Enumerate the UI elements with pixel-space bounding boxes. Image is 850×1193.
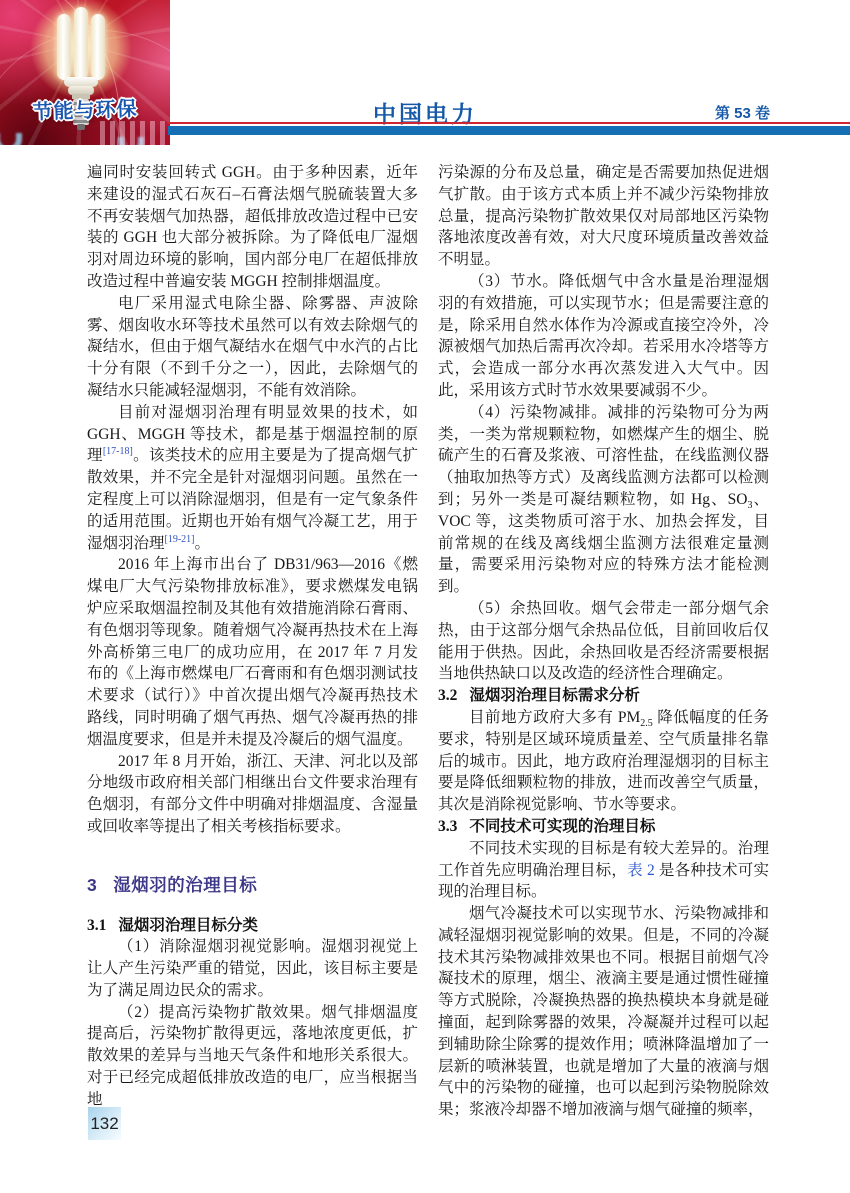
paragraph: 目前地方政府大多有 PM2.5 降低幅度的任务要求，特别是区域环境质量差、空气质… [438, 707, 769, 816]
bulb-tube [91, 14, 105, 80]
paragraph: 2016 年上海市出台了 DB31/963—2016《燃煤电厂大气污染物排放标准… [87, 554, 418, 750]
subscript-text: 2.5 [640, 718, 653, 729]
header-rule-red [168, 122, 850, 124]
paragraph: 目前对湿烟羽治理有明显效果的技术，如 GGH、MGGH 等技术，都是基于烟温控制… [87, 402, 418, 555]
body-text: 遍同时安装回转式 GGH。由于多种因素，近年来建设的湿式石灰石–石膏法烟气脱硫装… [87, 164, 418, 290]
paragraph: （4）污染物减排。减排的污染物可分为两类，一类为常规颗粒物，如燃煤产生的烟尘、脱… [438, 402, 769, 598]
body-text: 。 [195, 535, 211, 552]
header-rule-blue [168, 126, 850, 135]
heading-title: 湿烟羽的治理目标 [113, 875, 257, 895]
subsection-heading: 3.3不同技术可实现的治理目标 [438, 816, 769, 838]
body-text: 2017 年 8 月开始，浙江、天津、河北以及部分地级市政府相关部门相继出台文件… [87, 753, 418, 835]
heading-number: 3.2 [438, 687, 457, 704]
volume-label: 第 53 卷 [715, 102, 770, 123]
section-heading: 3湿烟羽的治理目标 [87, 875, 418, 897]
citation-ref[interactable]: [17-18] [103, 446, 133, 457]
watermark-letter-shape [0, 133, 22, 145]
heading-number: 3 [87, 875, 97, 895]
body-text: 电厂采用湿式电除尘器、除雾器、声波除雾、烟囱收水环等技术虽然可以有效去除烟气的凝… [87, 295, 418, 399]
bulb-tube [74, 7, 88, 80]
paragraph: （3）节水。降低烟气中含水量是治理湿烟羽的有效措施，可以实现节水；但是需要注意的… [438, 271, 769, 402]
article-body: 遍同时安装回转式 GGH。由于多种因素，近年来建设的湿式石灰石–石膏法烟气脱硫装… [87, 162, 769, 1121]
right-column: 污染源的分布及总量，确定是否需要加热促进烟气扩散。由于该方式本质上并不减少污染物… [438, 162, 769, 1121]
heading-title: 湿烟羽治理目标需求分析 [469, 687, 640, 704]
table-ref-link[interactable]: 表 2 [627, 862, 655, 879]
body-text: 目前地方政府大多有 PM [469, 709, 640, 726]
heading-number: 3.3 [438, 818, 457, 835]
bulb-tube [57, 14, 71, 80]
body-text: （4）污染物减排。减排的污染物可分为两类，一类为常规颗粒物，如燃煤产生的烟尘、脱… [438, 404, 769, 508]
paragraph: （1）消除湿烟羽视觉影响。湿烟羽视觉上让人产生污染严重的错觉，因此，该目标主要是… [87, 936, 418, 1001]
paragraph: 不同技术实现的目标是有较大差异的。治理工作首先应明确治理目标，表 2 是各种技术… [438, 838, 769, 903]
heading-number: 3.1 [87, 917, 106, 934]
citation-ref[interactable]: [19-21] [165, 533, 195, 544]
body-text: （2）提高污染物扩散效果。烟气排烟温度提高后，污染物扩散得更远，落地浓度更低，扩… [87, 1004, 418, 1108]
paragraph: 2017 年 8 月开始，浙江、天津、河北以及部分地级市政府相关部门相继出台文件… [87, 751, 418, 838]
body-text: （1）消除湿烟羽视觉影响。湿烟羽视觉上让人产生污染严重的错觉，因此，该目标主要是… [87, 938, 418, 999]
paragraph: （5）余热回收。烟气会带走一部分烟气余热，由于这部分烟气余热品位低，目前回收后仅… [438, 598, 769, 685]
body-text: 污染源的分布及总量，确定是否需要加热促进烟气扩散。由于该方式本质上并不减少污染物… [438, 164, 769, 268]
paragraph: 烟气冷凝技术可以实现节水、污染物减排和减轻湿烟羽视觉影响的效果。但是，不同的冷凝… [438, 903, 769, 1121]
subsection-heading: 3.1湿烟羽治理目标分类 [87, 915, 418, 937]
body-text: 烟气冷凝技术可以实现节水、污染物减排和减轻湿烟羽视觉影响的效果。但是，不同的冷凝… [438, 905, 769, 1118]
body-text: 2016 年上海市出台了 DB31/963—2016《燃煤电厂大气污染物排放标准… [87, 556, 418, 747]
body-text: （3）节水。降低烟气中含水量是治理湿烟羽的有效措施，可以实现节水；但是需要注意的… [438, 273, 769, 399]
paragraph: 电厂采用湿式电除尘器、除雾器、声波除雾、烟囱收水环等技术虽然可以有效去除烟气的凝… [87, 293, 418, 402]
paragraph: 遍同时安装回转式 GGH。由于多种因素，近年来建设的湿式石灰石–石膏法烟气脱硫装… [87, 162, 418, 293]
body-text: （5）余热回收。烟气会带走一部分烟气余热，由于这部分烟气余热品位低，目前回收后仅… [438, 600, 769, 682]
page-number-badge: 132 [88, 1107, 121, 1140]
left-column: 遍同时安装回转式 GGH。由于多种因素，近年来建设的湿式石灰石–石膏法烟气脱硫装… [87, 162, 418, 1121]
paragraph: （2）提高污染物扩散效果。烟气排烟温度提高后，污染物扩散得更远，落地浓度更低，扩… [87, 1002, 418, 1111]
heading-title: 不同技术可实现的治理目标 [469, 818, 655, 835]
body-text: 。该类技术的应用主要是为了提高烟气扩散效果，并不完全是针对湿烟羽问题。虽然在一定… [87, 447, 418, 551]
heading-title: 湿烟羽治理目标分类 [118, 917, 258, 934]
paragraph: 污染源的分布及总量，确定是否需要加热促进烟气扩散。由于该方式本质上并不减少污染物… [438, 162, 769, 271]
subsection-heading: 3.2湿烟羽治理目标需求分析 [438, 685, 769, 707]
